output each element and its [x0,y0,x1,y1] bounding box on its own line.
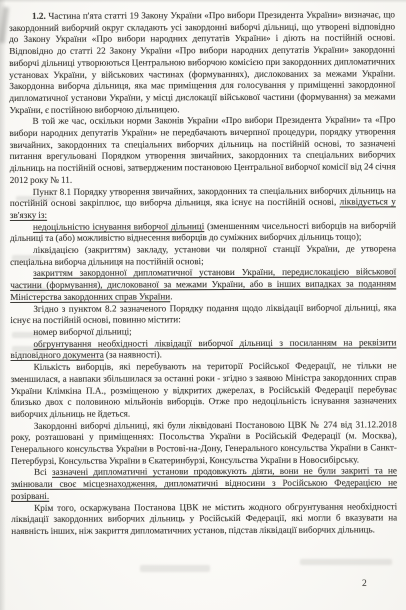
underlined-text: закриттям закордонної дипломатичної уста… [10,267,396,302]
text-segment: ліквідацією (закриттям) закладу, установ… [10,243,396,266]
text-segment: В той же час, оскільки норми Законів Укр… [10,115,396,185]
text-segment: номер виборчої дільниці; [33,326,131,336]
underlined-text: зазначені дипломатичні установи продовжу… [11,466,397,501]
bleed-through-artifact [300,559,392,565]
bleed-through-artifact [140,565,210,572]
text-segment: Пункт 8.1 Порядку утворення звичайних, з… [10,185,396,208]
paragraph: Закордонні виборчі дільниці, які були лі… [11,419,397,467]
paragraph: Пункт 8.1 Порядку утворення звичайних, з… [10,185,396,222]
scan-top-edge-shadow [0,0,406,3]
text-segment: Кількість виборців, які перебувають на т… [11,360,397,418]
underlined-text: недоцільністю існування виборчої дільниц… [33,221,204,232]
text-segment: Закордонні виборчі дільниці, які були лі… [11,419,397,466]
text-segment: Всі [34,467,52,477]
scanned-document-page: 1.2. Частина п'ята статті 19 Закону Укра… [0,0,406,610]
text-segment: . [170,291,172,301]
paragraph: Всі зазначені дипломатичні установи прод… [11,466,397,503]
paragraph: ліквідацією (закриттям) закладу, установ… [10,243,396,268]
paragraph: Згідно з пунктом 8.2 зазначеного Порядку… [10,302,396,327]
paragraph: Крім того, оскаржувана Постанова ЦВК не … [11,501,397,538]
page-number: 2 [362,579,367,589]
paragraph: недоцільністю існування виборчої дільниц… [10,220,396,245]
text-segment: Крім того, оскаржувана Постанова ЦВК не … [11,501,397,536]
scan-corner-smudge [0,7,9,43]
scan-left-edge-shadow [0,0,6,610]
document-text: 1.2. Частина п'ята статті 19 Закону Укра… [9,9,397,537]
paragraph: закриттям закордонної дипломатичної уста… [10,267,396,304]
paragraph: 1.2. Частина п'ята статті 19 Закону Укра… [9,9,395,116]
paragraph: обгрунтування необхідності ліквідації ви… [10,337,396,362]
text-segment: Згідно з пунктом 8.2 зазначеного Порядку… [10,302,396,325]
underlined-text: обгрунтування необхідності ліквідації ви… [10,337,396,360]
paragraph: Кількість виборців, які перебувають на т… [11,360,397,420]
text-segment: (за наявності). [104,350,162,360]
text-segment: Частина п'ята статті 19 Закону України «… [9,9,395,114]
bold-text: 1.2. [32,11,48,21]
paragraph: В той же час, оскільки норми Законів Укр… [9,115,395,187]
